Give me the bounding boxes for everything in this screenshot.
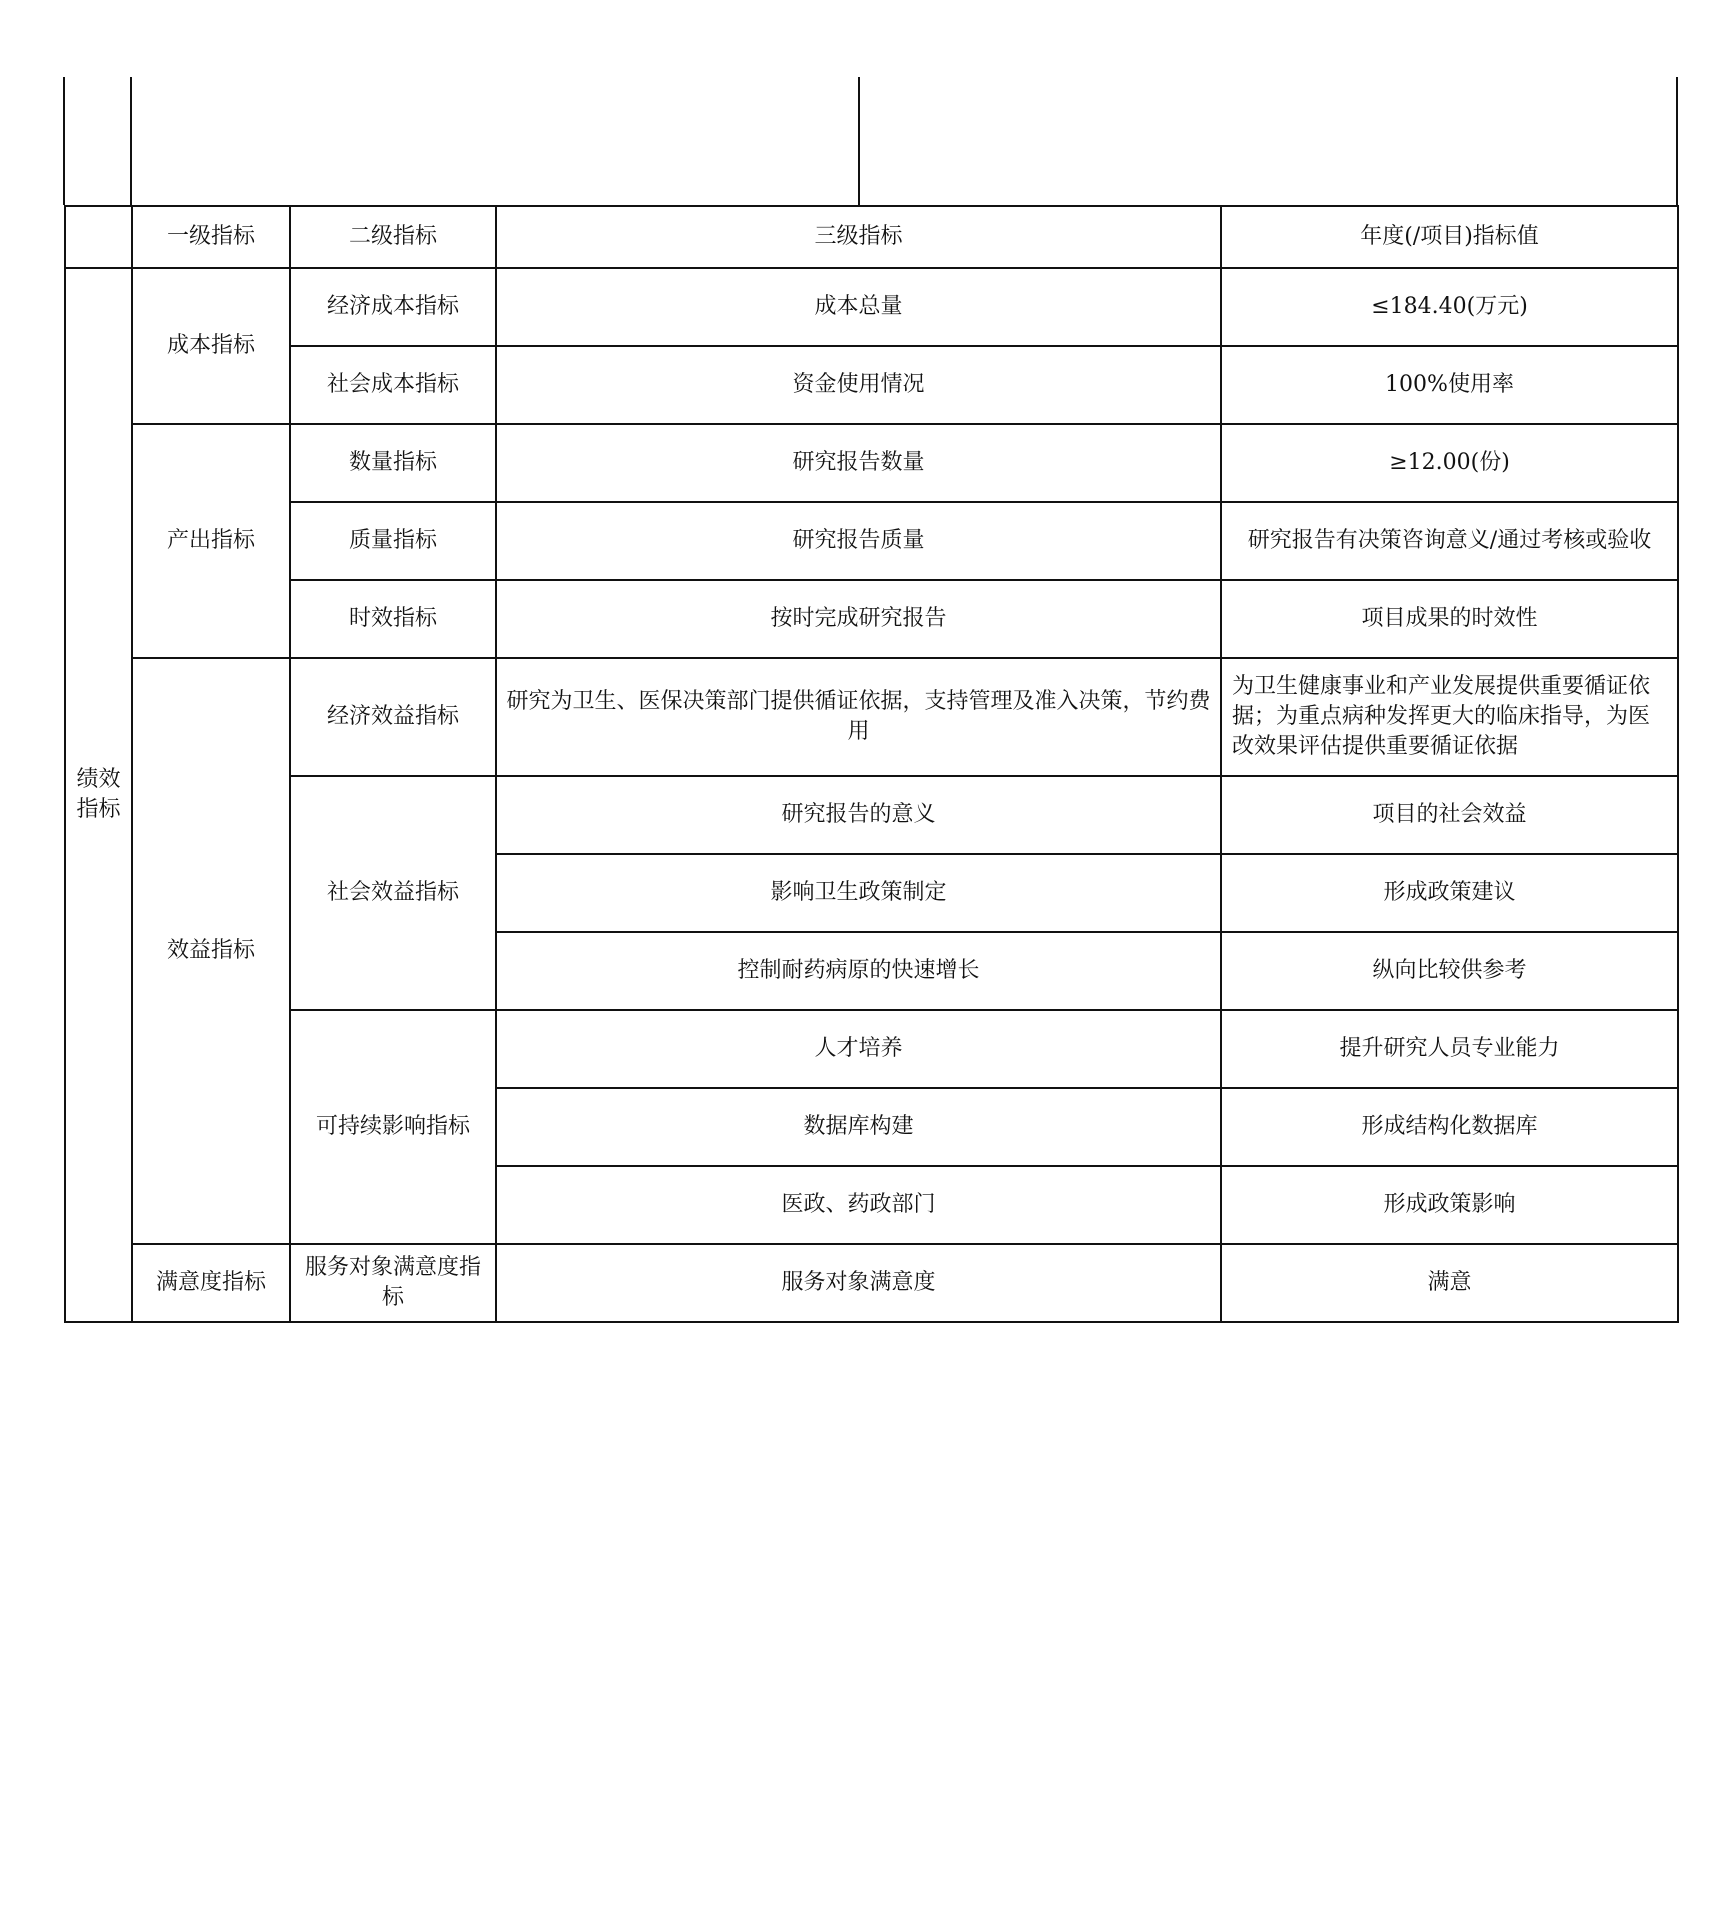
table-border-right [1676, 77, 1678, 205]
table-row: 时效指标 按时完成研究报告 项目成果的时效性 [65, 580, 1678, 658]
table-row: 质量指标 研究报告质量 研究报告有决策咨询意义/通过考核或验收 [65, 502, 1678, 580]
level3-cell: 人才培养 [496, 1010, 1221, 1088]
level2-cell: 经济效益指标 [290, 658, 496, 776]
value-cell: 为卫生健康事业和产业发展提供重要循证依据；为重点病种发挥更大的临床指导，为医改效… [1221, 658, 1678, 776]
level3-cell: 研究为卫生、医保决策部门提供循证依据，支持管理及准入决策，节约费用 [496, 658, 1221, 776]
table-row: 社会成本指标 资金使用情况 100%使用率 [65, 346, 1678, 424]
level3-cell: 按时完成研究报告 [496, 580, 1221, 658]
value-cell: 项目成果的时效性 [1221, 580, 1678, 658]
value-cell: 形成政策影响 [1221, 1166, 1678, 1244]
level2-cell: 质量指标 [290, 502, 496, 580]
level3-cell: 研究报告质量 [496, 502, 1221, 580]
header-level2: 二级指标 [290, 206, 496, 268]
level3-cell: 研究报告数量 [496, 424, 1221, 502]
top-continuation-section [64, 77, 1677, 205]
level3-cell: 影响卫生政策制定 [496, 854, 1221, 932]
level3-cell: 服务对象满意度 [496, 1244, 1221, 1322]
level2-cell: 数量指标 [290, 424, 496, 502]
level2-sustainable: 可持续影响指标 [290, 1010, 496, 1244]
level3-cell: 研究报告的意义 [496, 776, 1221, 854]
level3-cell: 成本总量 [496, 268, 1221, 346]
level3-cell: 医政、药政部门 [496, 1166, 1221, 1244]
level1-benefit: 效益指标 [132, 658, 290, 1244]
level2-cell: 时效指标 [290, 580, 496, 658]
level2-cell: 服务对象满意度指标 [290, 1244, 496, 1322]
level3-cell: 数据库构建 [496, 1088, 1221, 1166]
level2-cell: 经济成本指标 [290, 268, 496, 346]
value-cell: 满意 [1221, 1244, 1678, 1322]
header-level1: 一级指标 [132, 206, 290, 268]
value-cell: 100%使用率 [1221, 346, 1678, 424]
header-level3: 三级指标 [496, 206, 1221, 268]
level2-social-benefit: 社会效益指标 [290, 776, 496, 1010]
value-cell: ≤184.40(万元) [1221, 268, 1678, 346]
header-row: 一级指标 二级指标 三级指标 年度(/项目)指标值 [65, 206, 1678, 268]
table-row: 可持续影响指标 人才培养 提升研究人员专业能力 [65, 1010, 1678, 1088]
level3-cell: 资金使用情况 [496, 346, 1221, 424]
level1-output: 产出指标 [132, 424, 290, 658]
table-row: 满意度指标 服务对象满意度指标 服务对象满意度 满意 [65, 1244, 1678, 1322]
value-cell: 项目的社会效益 [1221, 776, 1678, 854]
table-row: 社会效益指标 研究报告的意义 项目的社会效益 [65, 776, 1678, 854]
level3-cell: 控制耐药病原的快速增长 [496, 932, 1221, 1010]
level1-satisfaction: 满意度指标 [132, 1244, 290, 1322]
header-empty-cell [65, 206, 132, 268]
table-row: 产出指标 数量指标 研究报告数量 ≥12.00(份) [65, 424, 1678, 502]
table-row: 绩效指标 成本指标 经济成本指标 成本总量 ≤184.40(万元) [65, 268, 1678, 346]
category-label: 绩效指标 [75, 765, 123, 825]
table-row: 效益指标 经济效益指标 研究为卫生、医保决策部门提供循证依据，支持管理及准入决策… [65, 658, 1678, 776]
value-cell: 纵向比较供参考 [1221, 932, 1678, 1010]
table-divider-mid [858, 77, 860, 205]
header-value: 年度(/项目)指标值 [1221, 206, 1678, 268]
level2-cell: 社会成本指标 [290, 346, 496, 424]
performance-indicator-table: 一级指标 二级指标 三级指标 年度(/项目)指标值 绩效指标 成本指标 经济成本… [64, 205, 1679, 1323]
value-cell: ≥12.00(份) [1221, 424, 1678, 502]
category-cell: 绩效指标 [65, 268, 132, 1322]
value-cell: 形成政策建议 [1221, 854, 1678, 932]
value-cell: 提升研究人员专业能力 [1221, 1010, 1678, 1088]
table-border-left [63, 77, 65, 205]
level1-cost: 成本指标 [132, 268, 290, 424]
value-cell: 研究报告有决策咨询意义/通过考核或验收 [1221, 502, 1678, 580]
table-divider-col1 [130, 77, 132, 205]
value-cell: 形成结构化数据库 [1221, 1088, 1678, 1166]
